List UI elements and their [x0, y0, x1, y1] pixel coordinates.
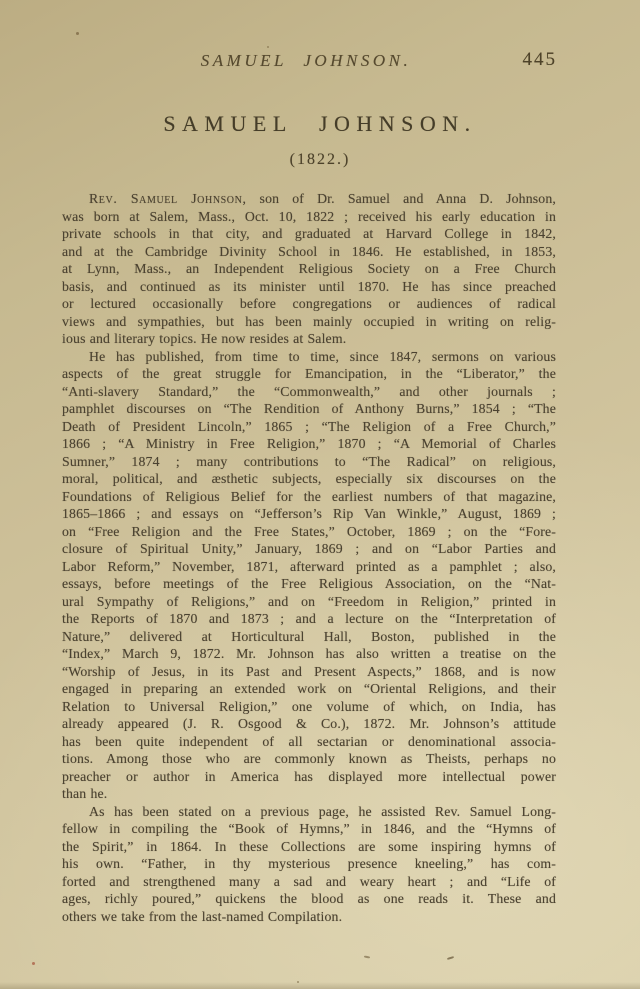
text-line: than he.	[62, 785, 556, 803]
text-line: Rev. Samuel Johnson, son of Dr. Samuel a…	[62, 190, 556, 208]
text-line: ious and literary topics. He now resides…	[62, 330, 556, 348]
paragraph-2: He has published, from time to time, sin…	[62, 348, 556, 803]
text-line: on “Free Religion and the Free States,” …	[62, 523, 556, 541]
text-line: Sumner,” 1874 ; many contributions to “T…	[62, 453, 556, 471]
text-line: or lectured occasionally before congrega…	[62, 295, 556, 313]
text-line: Foundations of Religious Belief for the …	[62, 488, 556, 506]
text-line: ages, richly poured,” quickens the blood…	[62, 890, 556, 908]
text-line: others we take from the last-named Compi…	[62, 908, 556, 926]
text-line: preacher or author in America has displa…	[62, 768, 556, 786]
text-line: Relation to Universal Religion,” one vol…	[62, 698, 556, 716]
paragraph-1: Rev. Samuel Johnson, son of Dr. Samuel a…	[62, 190, 556, 348]
text-line: tions. Among those who are commonly know…	[62, 750, 556, 768]
page-subtitle: (1822.)	[0, 151, 640, 169]
text-line: “Index,” March 9, 1872. Mr. Johnson has …	[62, 645, 556, 663]
text-line: private schools in that city, and gradua…	[62, 225, 556, 243]
text-line: “Worship of Jesus, in its Past and Prese…	[62, 663, 556, 681]
text-line: closure of Spiritual Unity,” January, 18…	[62, 540, 556, 558]
ink-speck	[447, 956, 454, 960]
text-line: Nature,” delivered at Horticultural Hall…	[62, 628, 556, 646]
ink-speck	[32, 962, 35, 965]
text-line: moral, political, and æsthetic subjects,…	[62, 470, 556, 488]
text-line: He has published, from time to time, sin…	[62, 348, 556, 366]
text-line: 1866 ; “A Ministry in Free Religion,” 18…	[62, 435, 556, 453]
text-line: aspects of the great struggle for Emanci…	[62, 365, 556, 383]
body-text: Rev. Samuel Johnson, son of Dr. Samuel a…	[62, 190, 556, 925]
text-line: pamphlet discourses on “The Rendition of…	[62, 400, 556, 418]
text-line: and at the Cambridge Divinity School in …	[62, 243, 556, 261]
smallcaps-author-name: Rev. Samuel Johnson,	[89, 191, 247, 206]
paragraph-3: As has been stated on a previous page, h…	[62, 803, 556, 926]
ink-speck	[76, 32, 79, 35]
ink-speck	[364, 955, 370, 958]
paragraph-2-lines: He has published, from time to time, sin…	[62, 348, 556, 803]
text-line: forted and strengthened many a sad and w…	[62, 873, 556, 891]
text-line: 1865–1866 ; and essays on “Jefferson’s R…	[62, 505, 556, 523]
text-line: the Reports of 1870 and 1873 ; and a lec…	[62, 610, 556, 628]
book-page: SAMUEL JOHNSON. 445 SAMUEL JOHNSON. (182…	[0, 0, 640, 989]
text-line: his own. “Father, in thy mysterious pres…	[62, 855, 556, 873]
text-line: Labor Reform,” November, 1871, afterward…	[62, 558, 556, 576]
running-title: SAMUEL JOHNSON.	[0, 51, 612, 71]
ink-speck	[267, 46, 269, 48]
text-line: the Spirit,” in 1864. In these Collectio…	[62, 838, 556, 856]
text-line: at Lynn, Mass., an Independent Religious…	[62, 260, 556, 278]
paragraph-1-lines: was born at Salem, Mass., Oct. 10, 1822 …	[62, 208, 556, 348]
text-line: fellow in compiling the “Book of Hymns,”…	[62, 820, 556, 838]
paragraph-3-lines: As has been stated on a previous page, h…	[62, 803, 556, 926]
text-line: engaged in preparing an extended work on…	[62, 680, 556, 698]
text-line: essays, before meetings of the Free Reli…	[62, 575, 556, 593]
page-bottom-shadow	[0, 982, 640, 989]
text-line: views and sympathies, but has been mainl…	[62, 313, 556, 331]
text-line: already appeared (J. R. Osgood & Co.), 1…	[62, 715, 556, 733]
page-number: 445	[523, 49, 558, 71]
text-line: was born at Salem, Mass., Oct. 10, 1822 …	[62, 208, 556, 226]
text-line: Death of President Lincoln,” 1865 ; “The…	[62, 418, 556, 436]
text-line: ural Sympathy of Religions,” and on “Fre…	[62, 593, 556, 611]
text-line: basis, and continued as its minister unt…	[62, 278, 556, 296]
page-title: SAMUEL JOHNSON.	[0, 111, 640, 137]
text-line: has been quite independent of all sectar…	[62, 733, 556, 751]
text-line: As has been stated on a previous page, h…	[62, 803, 556, 821]
text-line: “Anti-slavery Standard,” the “Commonweal…	[62, 383, 556, 401]
first-line-rest: son of Dr. Samuel and Anna D. Johnson,	[247, 191, 557, 206]
